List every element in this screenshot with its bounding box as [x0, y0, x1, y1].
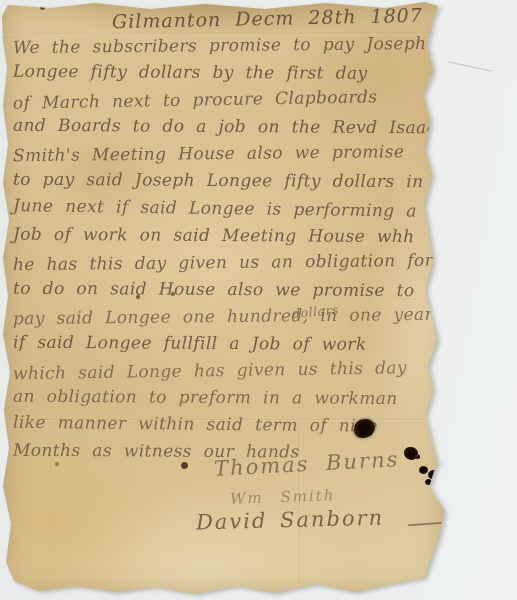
scanner-scratch-mark [448, 61, 491, 71]
body-line: and Boards to do a job on the Revd Isaac [13, 116, 438, 146]
ink-blot [425, 479, 432, 485]
signature-flourish [408, 522, 444, 527]
paper-surface: Gilmanton Decm 28th 1807 We the subscrib… [0, 0, 447, 596]
body-line: an obligation to preform in a workman [13, 387, 438, 417]
body-line: to pay said Joseph Longee fifty dollars … [13, 170, 438, 200]
body-line: Job of work on said Meeting House whh [13, 224, 438, 254]
body-line: June next if said Longee is performing a [13, 196, 438, 229]
ink-speck [136, 295, 140, 299]
signature-wm-smith: Wm Smith [230, 486, 336, 508]
body-line: We the subscribers promise to pay Joseph [13, 34, 438, 66]
scanned-document-image: Gilmanton Decm 28th 1807 We the subscrib… [0, 0, 517, 600]
letter-body: We the subscribers promise to pay Joseph… [13, 36, 438, 470]
body-line: to do on said House also we promise to [13, 279, 438, 309]
ink-speck [181, 462, 188, 469]
ink-blot [437, 462, 443, 477]
body-line: Smith's Meeting House also we promise [13, 142, 438, 174]
ink-blot [419, 466, 428, 474]
dateline-heading: Gilmanton Decm 28th 1807 [112, 5, 423, 34]
body-line: pay said Longee one hundred, in one year [13, 305, 438, 337]
ink-speck [171, 292, 175, 296]
ink-blot [404, 447, 418, 460]
ink-speck [40, 6, 45, 10]
ink-speck [55, 462, 59, 466]
signature-david-sanborn: David Sanborn [196, 506, 385, 535]
ink-blot [428, 470, 438, 479]
body-line: he has this day given us an obligation f… [13, 251, 438, 283]
manuscript-paper: Gilmanton Decm 28th 1807 We the subscrib… [0, 0, 447, 596]
